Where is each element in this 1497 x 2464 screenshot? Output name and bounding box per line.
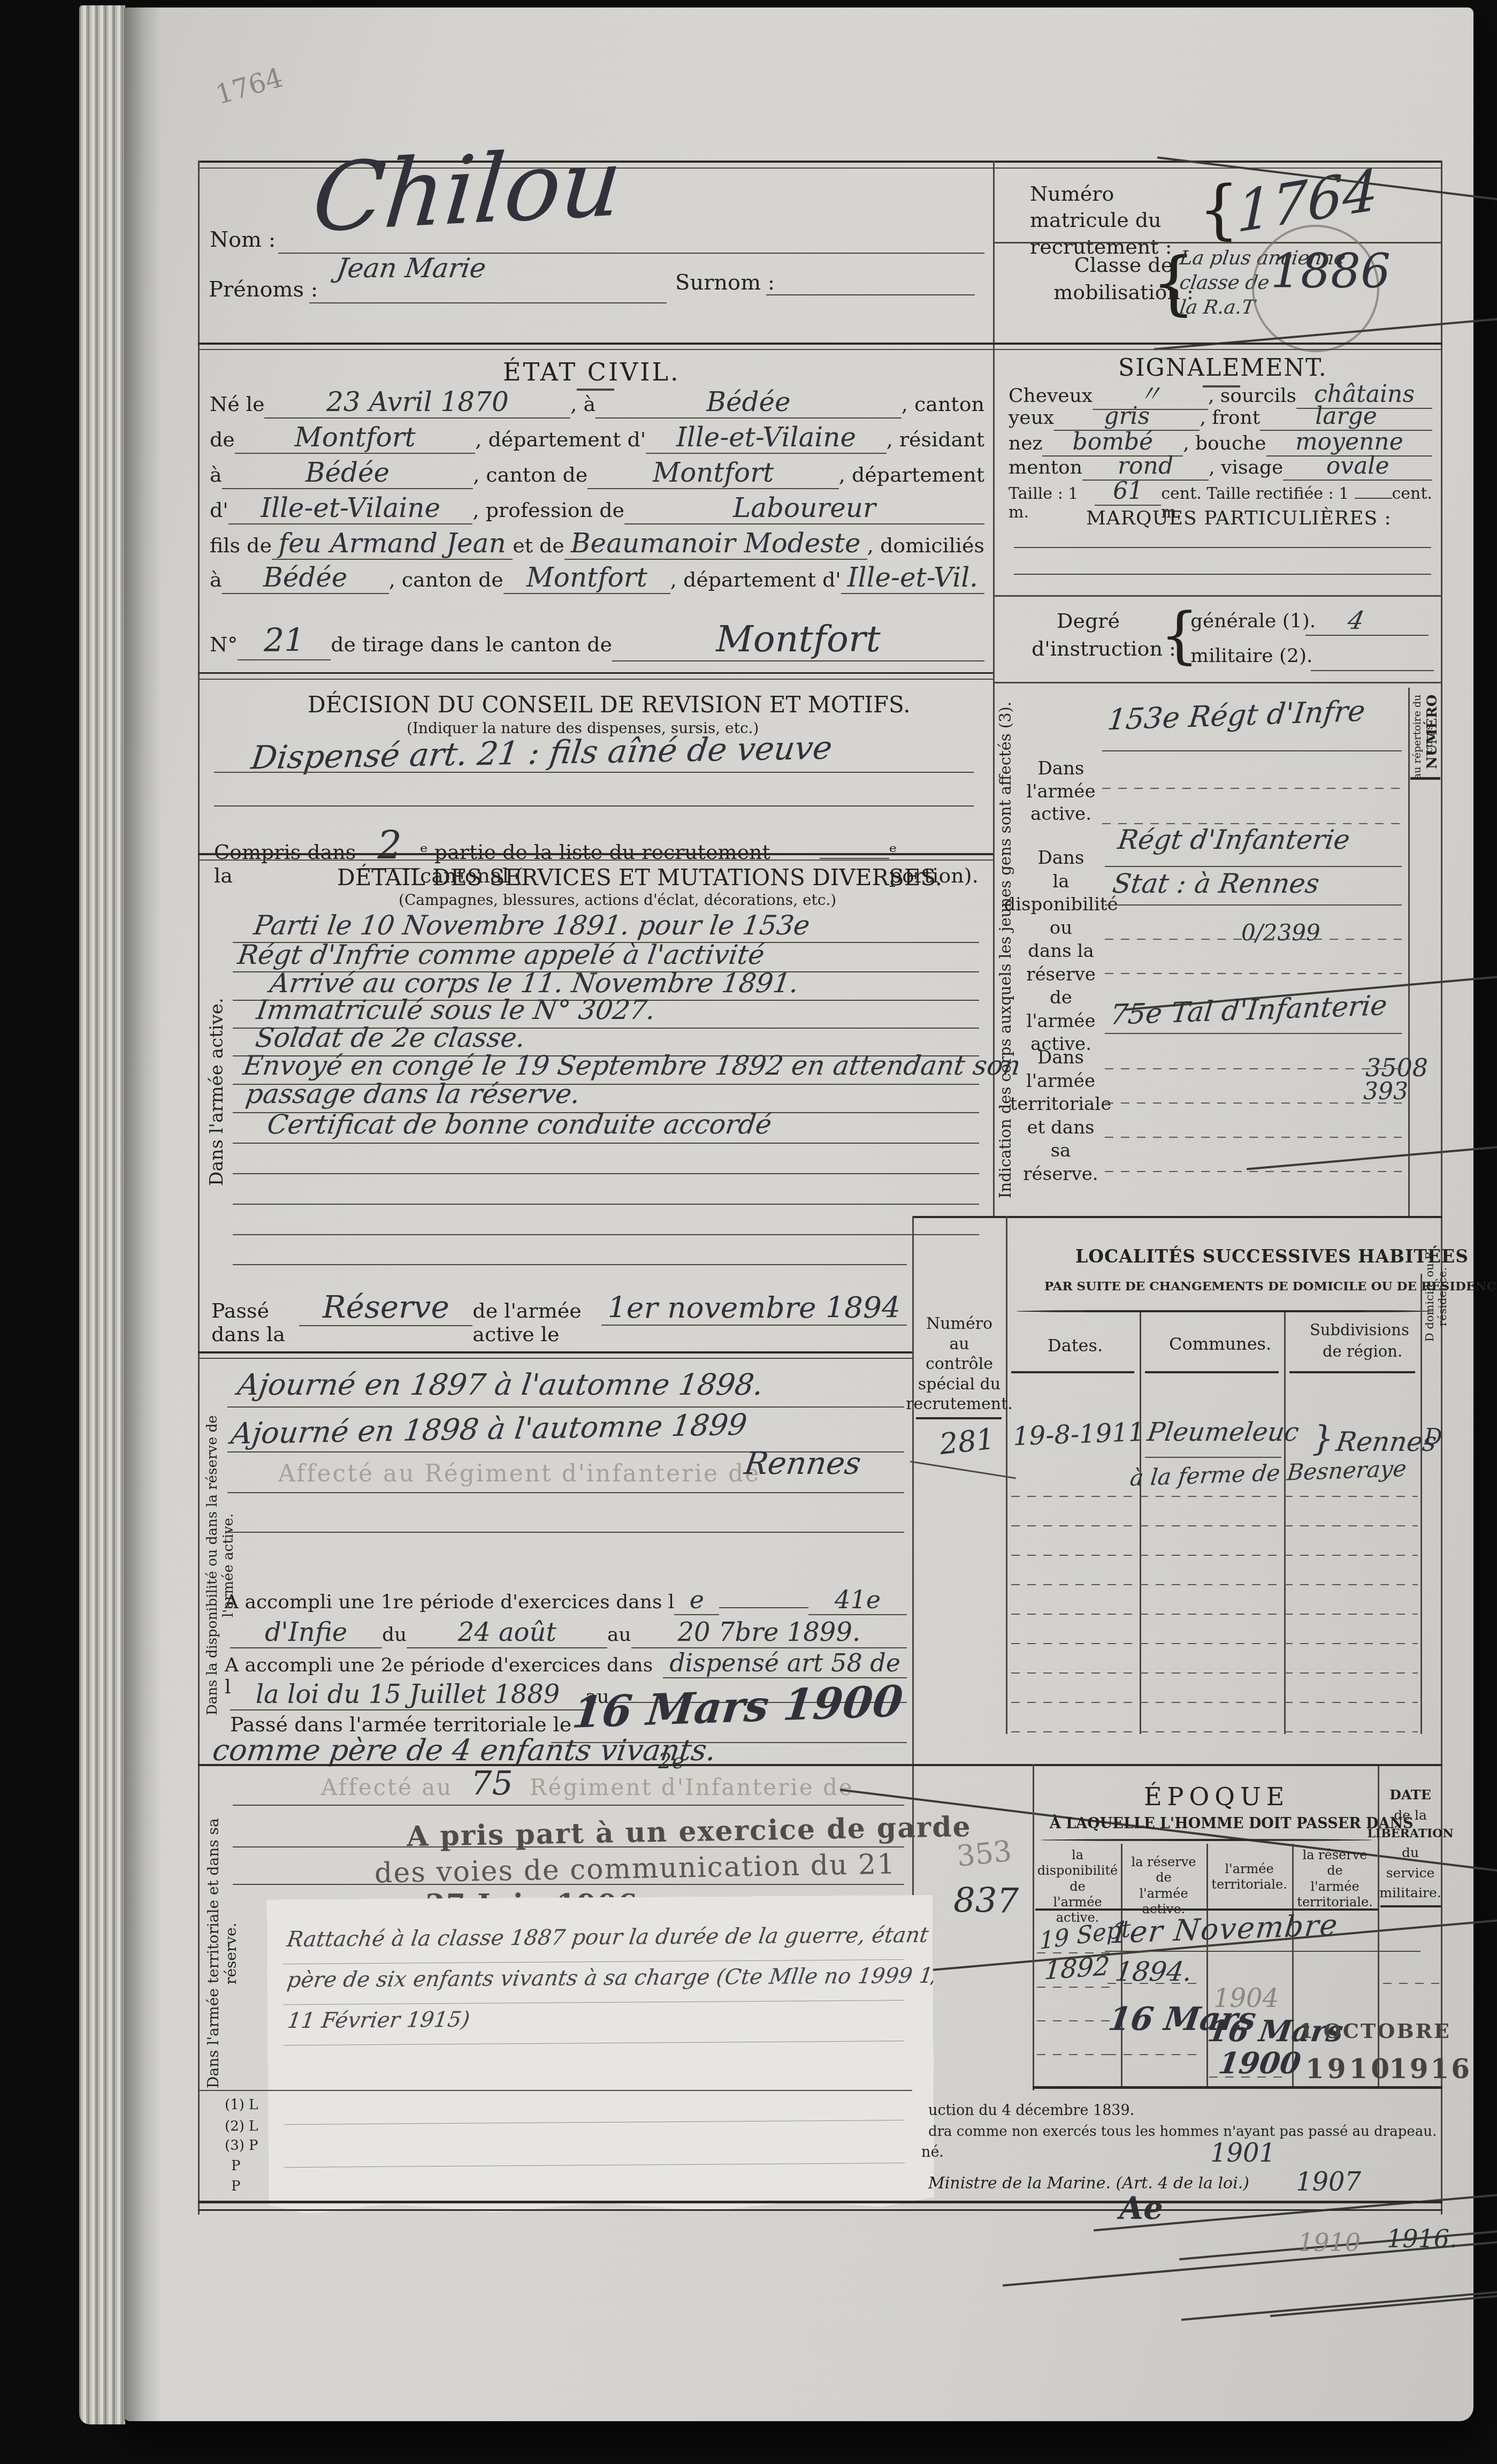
- epoque-c4-stamp-2: 1910: [1305, 2053, 1393, 2085]
- taille-label: cent.: [1392, 484, 1432, 503]
- row-line: [1011, 1702, 1418, 1703]
- localites-col-subdiv2: de région.: [1323, 1342, 1402, 1360]
- services-line: Parti le 10 Novembre 1891. pour le 153e: [252, 910, 812, 941]
- periode-label: au: [607, 1624, 631, 1646]
- etat-civil-row: d' Ille-et-Vilaine , profession de Labou…: [210, 492, 984, 524]
- ajourne-line-1: Ajourné en 1897 à l'automne 1898.: [236, 1367, 766, 1402]
- marques-title: MARQUES PARTICULIÈRES :: [1086, 507, 1392, 529]
- field-label: de: [210, 428, 235, 451]
- label-line: l'armée: [1310, 1879, 1359, 1895]
- tirage-row: N° 21 de tirage dans le canton de Montfo…: [210, 618, 984, 661]
- signalement-row: menton rond , visage ovale: [1009, 452, 1432, 481]
- numero-col-line: [1408, 688, 1410, 1216]
- row-line: [1011, 1525, 1418, 1526]
- pasted-note-slip: Rattaché à la classe 1887 pour la durée …: [266, 1895, 935, 2215]
- row-line: [1011, 1555, 1418, 1556]
- row-line: [1108, 2054, 1204, 2055]
- rule-line: [214, 805, 974, 807]
- label-line: Numéro: [926, 1314, 992, 1334]
- rule-line: [233, 1234, 979, 1235]
- classe-value-line3: la R.a.T: [1178, 296, 1256, 318]
- surnom-label: Surnom :: [675, 270, 775, 295]
- services-vertical-label: Dans l'armée active.: [206, 942, 230, 1242]
- field-label: menton: [1009, 457, 1082, 478]
- label-line: LIBÉRATION: [1367, 1825, 1453, 1843]
- affecte-stamp-value: Rennes: [742, 1445, 863, 1481]
- tirage-no-label: N°: [210, 633, 238, 656]
- periode-value: 20 7bre 1899.: [631, 1617, 907, 1648]
- degre-label-2: d'instruction :: [1032, 637, 1176, 660]
- field-value: Ille-et-Vilaine: [646, 422, 886, 454]
- field-label: , département d': [475, 428, 646, 451]
- localites-entry-brace: }: [1312, 1419, 1334, 1459]
- localites-entry-subdivision: Rennes: [1334, 1426, 1439, 1457]
- passe-label: Passé dans la: [211, 1299, 299, 1346]
- epoque-date-header: DATE de la LIBÉRATION du service militai…: [1380, 1785, 1440, 1903]
- controle-label: Numéro au contrôle spécial du recrutemen…: [914, 1314, 1005, 1414]
- table-line: [1420, 1274, 1422, 1734]
- epoque-title: ÉPOQUE: [1144, 1782, 1289, 1811]
- rule-line: [1145, 1457, 1281, 1458]
- tirage-canton-value: Montfort: [612, 618, 984, 661]
- divider: [994, 595, 1442, 597]
- footnote-fragment-2: dra comme non exercés tous les hommes n'…: [928, 2124, 1437, 2140]
- etat-civil-row: à Bédée , canton de Montfort , départeme…: [210, 562, 984, 594]
- row-line: [1037, 1952, 1117, 1953]
- rule-line: [309, 302, 667, 303]
- field-value: Ille-et-Vil.: [841, 562, 984, 594]
- etat-civil-row: fils de feu Armand Jean et de Beaumanoir…: [210, 528, 984, 560]
- field-label: , canton: [902, 392, 984, 416]
- field-value: feu Armand Jean: [272, 528, 513, 560]
- field-value: Laboureur: [624, 492, 984, 524]
- field-label: , département d': [670, 568, 841, 591]
- row-line: [1209, 2077, 1287, 2078]
- label-line: la réserve: [1302, 1847, 1367, 1863]
- field-label: , canton de: [389, 568, 503, 591]
- label-line: l'armée active.: [1021, 780, 1101, 826]
- label-line: de: [1050, 986, 1072, 1010]
- epoque-c5-crossed: 1916.: [1387, 2224, 1497, 2253]
- numero-repertoire-label-2: au répertoire du corps.: [1411, 691, 1424, 782]
- epoque-col2-header: la réserve de l'armée active.: [1122, 1854, 1205, 1917]
- dotted-line: [1105, 973, 1402, 974]
- periode-value: dispensé art 58 de: [663, 1648, 907, 1678]
- label-line: de: [1070, 1879, 1086, 1895]
- field-label: à: [210, 568, 222, 591]
- degre-label-1: Degré: [1057, 609, 1120, 633]
- affecte-75-stamp-suffix: Régiment d'Infanterie de: [530, 1774, 854, 1800]
- prenoms-label: Prénoms :: [209, 277, 318, 302]
- label-line: territoriale: [1010, 1093, 1112, 1116]
- rule-line: [1102, 750, 1402, 751]
- epoque-c3-date2: 1900: [1216, 2045, 1303, 2080]
- field-label: , profession de: [472, 498, 624, 522]
- header-rule: [1289, 1371, 1415, 1373]
- header-rule: [1380, 1905, 1441, 1907]
- epoque-col3-header: l'armée territoriale.: [1208, 1861, 1291, 1893]
- periode-value: d'Infie: [230, 1617, 382, 1648]
- nom-label: Nom :: [210, 227, 276, 252]
- localites-entry-date: 19-8-1911: [1012, 1417, 1145, 1452]
- etat-civil-row: à Bédée , canton de Montfort , départeme…: [210, 457, 984, 489]
- affecte-75-sup: 2e: [658, 1749, 684, 1774]
- dotted-line: [1105, 1171, 1402, 1172]
- field-label: , bouche: [1183, 432, 1266, 454]
- footnote-fragment-4: Ministre de la Marine. (Art. 4 de la loi…: [928, 2174, 1249, 2193]
- row-line: [1011, 1584, 1418, 1585]
- services-title: DÉTAIL DES SERVICES ET MUTATIONS DIVERSE…: [337, 864, 942, 891]
- row-line: [1011, 1614, 1418, 1615]
- field-label: d': [210, 498, 228, 522]
- field-value: rond: [1082, 452, 1209, 481]
- field-value: Ille-et-Vilaine: [228, 492, 473, 524]
- services-line: Soldat de 2e classe.: [254, 1022, 528, 1053]
- footnote-fragment-1: uction du 4 décembre 1839.: [928, 2102, 1134, 2119]
- localites-title: LOCALITÉS SUCCESSIVES HABITÉES: [1075, 1246, 1469, 1267]
- binding-gutter-shadow: [124, 7, 162, 2421]
- rule-line: [233, 1204, 979, 1205]
- tirage-text: de tirage dans le canton de: [331, 633, 612, 656]
- table-line: [1284, 1312, 1286, 1734]
- label-line: sa réserve.: [1017, 1139, 1105, 1186]
- field-value: Montfort: [235, 422, 475, 454]
- slip-line-3: 11 Février 1915): [286, 2007, 471, 2033]
- degre-militaire-label: militaire (2).: [1190, 645, 1313, 667]
- periode-1-row-2: d'Infie du 24 août au 20 7bre 1899.: [230, 1617, 907, 1648]
- row-line: [1383, 1983, 1439, 1984]
- rule-line: [233, 1805, 904, 1806]
- epoque-c3-pencil: 1904: [1213, 1983, 1279, 2013]
- field-value: Bédée: [595, 386, 902, 419]
- localites-col-subdiv: Subdivisions: [1310, 1321, 1409, 1339]
- field-label: à: [210, 463, 222, 486]
- header-bottom-line2: [198, 349, 1442, 350]
- dotted-line: [1102, 788, 1402, 789]
- services-line: Immatriculé sous le N° 3027.: [255, 994, 658, 1025]
- matricule-brace: {: [1198, 172, 1239, 247]
- periode-value: e: [674, 1585, 719, 1615]
- field-label: nez: [1009, 432, 1042, 454]
- field-value: large: [1260, 402, 1432, 431]
- field-value: Montfort: [503, 562, 670, 594]
- dotted-line: [1105, 1137, 1402, 1138]
- field-value: Bédée: [222, 457, 473, 489]
- field-label: , à: [570, 392, 595, 416]
- label-line: du service: [1380, 1843, 1440, 1883]
- passe-value-1: Réserve: [299, 1289, 472, 1326]
- footnote-marker-5: P: [231, 2178, 241, 2194]
- epoque-col1-header: la disponibilité de l'armée active.: [1035, 1847, 1120, 1926]
- etat-civil-row: de Montfort , département d' Ille-et-Vil…: [210, 422, 984, 454]
- divider: [198, 672, 993, 674]
- rule-line: [1105, 1951, 1420, 1952]
- table-line: [1140, 1312, 1141, 1734]
- rule-line: [766, 294, 975, 295]
- label-line: la réserve: [1131, 1854, 1196, 1870]
- dotted-line: [1105, 1068, 1402, 1069]
- field-label: , département: [839, 463, 984, 486]
- divider2: [198, 679, 993, 680]
- corps-dispo-margin-number: 0/2399: [1241, 919, 1497, 946]
- rule-line: [214, 772, 974, 773]
- label-line: Dans: [1038, 847, 1084, 870]
- corps-dispo-value-2: Stat : à Rennes: [1111, 868, 1322, 899]
- footnote-fragment-3: né.: [921, 2144, 944, 2161]
- header-rule: [1145, 1371, 1279, 1373]
- label-line: spécial du: [918, 1374, 1000, 1395]
- field-value: gris: [1054, 402, 1200, 431]
- pere-enfants-line: comme père de 4 enfants vivants.: [211, 1733, 719, 1767]
- rule-line: [233, 1846, 904, 1847]
- field-value: Montfort: [587, 457, 839, 489]
- periode-label: du: [382, 1624, 407, 1646]
- corps-terr-label: Dans l'armée territoriale et dans sa rés…: [1017, 1046, 1105, 1186]
- frame-bottom-line: [198, 2201, 1442, 2203]
- rule-line: [1305, 635, 1429, 636]
- label-line: dans la réserve: [1021, 940, 1101, 986]
- services-line: Certificat de bonne conduite accordé: [265, 1109, 774, 1140]
- tirage-no-value: 21: [238, 622, 331, 660]
- numero-bracket: [1410, 777, 1440, 780]
- rule-line: [1311, 670, 1434, 671]
- etat-civil-row: Né le 23 Avril 1870 , à Bédée , canton: [210, 386, 984, 419]
- brace-rule: [1041, 1839, 1372, 1841]
- rule-line: [1105, 866, 1402, 867]
- label-line: militaire.: [1379, 1883, 1441, 1903]
- label-line: recrutement.: [906, 1394, 1012, 1414]
- label-line: la disponibilité: [1004, 870, 1118, 917]
- epoque-subtitle: À LAQUELLE L'HOMME DOIT PASSER DANS: [1050, 1815, 1414, 1832]
- decision-title: DÉCISION DU CONSEIL DE REVISION ET MOTIF…: [308, 691, 911, 718]
- margin-number: 353: [955, 1834, 1013, 1873]
- epoque-left-line: [1033, 1764, 1034, 2090]
- rule-line: [227, 1492, 904, 1493]
- rule-line: [1105, 904, 1402, 906]
- epoque-c3-crossed: 1901: [1210, 2138, 1497, 2168]
- label-line: de: [1327, 1863, 1343, 1879]
- field-label: , visage: [1209, 457, 1283, 478]
- localites-dr-label: D domicile ou R résidence.: [1423, 1226, 1441, 1367]
- field-value: Bédée: [222, 562, 389, 594]
- corps-vertical-label: Indication des corps auxquels les jeunes…: [996, 690, 1019, 1210]
- label-line: DATE: [1389, 1785, 1431, 1805]
- periode-value: 41e: [808, 1585, 907, 1615]
- row-line: [1011, 1731, 1418, 1732]
- label-line: Dans: [1038, 757, 1084, 780]
- rule-line: [1014, 574, 1431, 575]
- wavy-rule: [1017, 1310, 1434, 1312]
- field-label: et de: [513, 534, 564, 557]
- localites-col-communes: Communes.: [1169, 1334, 1271, 1354]
- header-bottom-line: [198, 343, 1442, 345]
- localites-left-line: [1006, 1216, 1007, 1734]
- rule-line: [233, 1173, 979, 1174]
- field-label: , canton de: [473, 463, 587, 486]
- epoque-c4-crossed-1: 1907: [1296, 2167, 1497, 2197]
- divider2: [198, 860, 993, 861]
- divider: [912, 1216, 1442, 1218]
- passe-value-2: 1er novembre 1894: [601, 1290, 907, 1326]
- slip-line-2: père de six enfants vivants à sa charge …: [286, 1963, 1003, 1993]
- corps-dispo-label: Dans la disponibilité ou dans la réserve…: [1021, 847, 1101, 1056]
- affecte-stamp-text: Affecté au Régiment d'infanterie de: [278, 1460, 760, 1487]
- row-line: [1011, 1672, 1418, 1674]
- divider: [198, 1764, 1442, 1766]
- localites-entry-commune: Pleumeleuc: [1145, 1417, 1301, 1447]
- rule-line: [1014, 547, 1431, 548]
- epoque-c4-stamp-1: 1 OCTOBRE: [1299, 2019, 1451, 2043]
- etat-civil-title: ÉTAT CIVIL.: [503, 358, 681, 386]
- localites-entry-dr: D: [1424, 1424, 1442, 1450]
- field-label: fils de: [210, 534, 272, 557]
- footnote-marker-4: P: [231, 2158, 241, 2174]
- label-line: l'armée: [1225, 1861, 1273, 1877]
- prenoms-value: Jean Marie: [335, 253, 488, 284]
- periode-1-row: A accompli une 1re période d'exercices d…: [225, 1585, 907, 1615]
- epoque-col4-header: la réserve de l'armée territoriale.: [1293, 1847, 1377, 1910]
- divider: [198, 853, 993, 855]
- header-rule: [1011, 1371, 1134, 1373]
- surname-script: Chilou: [308, 128, 626, 253]
- dotted-line: [1105, 1102, 1402, 1104]
- services-line: Régt d'Infrie comme appelé à l'activité: [236, 939, 767, 970]
- label-line: de la: [1394, 1805, 1427, 1826]
- field-label: yeux: [1009, 407, 1054, 429]
- field-label: , domiciliés: [867, 534, 984, 557]
- divider2: [198, 1358, 912, 1359]
- label-line: ou: [1050, 917, 1072, 940]
- periode-value: la loi du 15 Juillet 1889: [230, 1679, 585, 1710]
- rule-line: [198, 2090, 912, 2091]
- label-line: Dans l'armée: [1017, 1046, 1105, 1093]
- rule-line: [233, 1143, 979, 1144]
- territoriale-vertical-label: Dans l'armée territoriale et dans sa rés…: [204, 1798, 229, 2109]
- passe-label: de l'armée active le: [472, 1299, 601, 1346]
- row-line: [1037, 2020, 1117, 2021]
- label-line: et dans: [1027, 1116, 1095, 1140]
- label-line: au contrôle: [914, 1334, 1005, 1374]
- row-line: [1011, 1496, 1418, 1497]
- divider: [994, 682, 1442, 683]
- row-line: [1037, 1987, 1117, 1988]
- row-line: [1037, 2054, 1117, 2055]
- field-value: Beaumanoir Modeste: [564, 528, 867, 560]
- signalement-row: yeux gris , front large: [1009, 402, 1432, 431]
- footnote-marker-1: (1) L: [225, 2097, 258, 2113]
- corps-active-label: Dans l'armée active.: [1021, 757, 1101, 826]
- footnote-marker-2: (2) L: [225, 2118, 258, 2134]
- dotted-line: [1105, 939, 1402, 940]
- label-line: territoriale.: [1211, 1877, 1287, 1892]
- affecte-75-number: 75: [471, 1763, 513, 1803]
- epoque-c5-stamp: 1916: [1389, 2053, 1472, 2085]
- frame-left-line: [198, 161, 200, 2215]
- degre-generale-label: générale (1).: [1190, 610, 1316, 632]
- footnote-marker-3: (3) P: [225, 2138, 258, 2154]
- divider: [198, 1351, 912, 1353]
- field-label: Né le: [210, 392, 264, 416]
- corps-terr-margin-value: 3508: [1365, 1053, 1428, 1082]
- rule-line: [233, 1264, 907, 1265]
- services-line: passage dans la réserve.: [244, 1078, 582, 1109]
- field-label: , résidant: [887, 428, 984, 451]
- periode-label: A accompli une 1re période d'exercices d…: [225, 1591, 674, 1613]
- affecte-75-stamp-prefix: Affecté au: [321, 1774, 453, 1800]
- compris-value: 2: [359, 823, 420, 869]
- slip-line-1: Rattaché à la classe 1887 pour la durée …: [285, 1922, 983, 1952]
- periode-value: 24 août: [407, 1617, 607, 1648]
- classe-stamp-value: 1886: [1271, 244, 1497, 299]
- frame-bottom-line2: [198, 2209, 1442, 2211]
- field-value: 23 Avril 1870: [264, 386, 570, 419]
- label-line: la: [1072, 1847, 1083, 1863]
- field-value: ovale: [1283, 452, 1432, 481]
- rule-line: [227, 1406, 904, 1408]
- services-line: Envoyé en congé le 19 Septembre 1892 en …: [241, 1050, 1022, 1081]
- row-line: [1108, 1983, 1204, 1984]
- taille-value: 61: [1095, 477, 1161, 506]
- epoque-c1-date2: 1892: [1043, 1951, 1111, 1986]
- services-subtitle: (Campagnes, blessures, actions d'éclat, …: [399, 891, 836, 909]
- label-line: de: [1156, 1870, 1172, 1885]
- rule-line: [1105, 1033, 1402, 1034]
- controle-value: 281: [938, 1422, 996, 1461]
- rule-line: [916, 1417, 1002, 1419]
- localites-col-dates: Dates.: [1048, 1335, 1103, 1356]
- rule-line: [233, 1884, 904, 1885]
- passe-reserve-row: Passé dans la Réserve de l'armée active …: [211, 1289, 907, 1346]
- row-line: [1011, 1643, 1418, 1644]
- corps-dispo-value-1: Régt d'Infanterie: [1116, 824, 1352, 855]
- table-bottom-line: [1033, 2086, 1442, 2089]
- rule-line: [227, 1532, 904, 1533]
- book-page-edges: [79, 5, 125, 2424]
- taille-label: Taille : 1 m.: [1009, 484, 1095, 522]
- field-label: , front: [1200, 407, 1260, 429]
- label-line: disponibilité: [1037, 1863, 1118, 1879]
